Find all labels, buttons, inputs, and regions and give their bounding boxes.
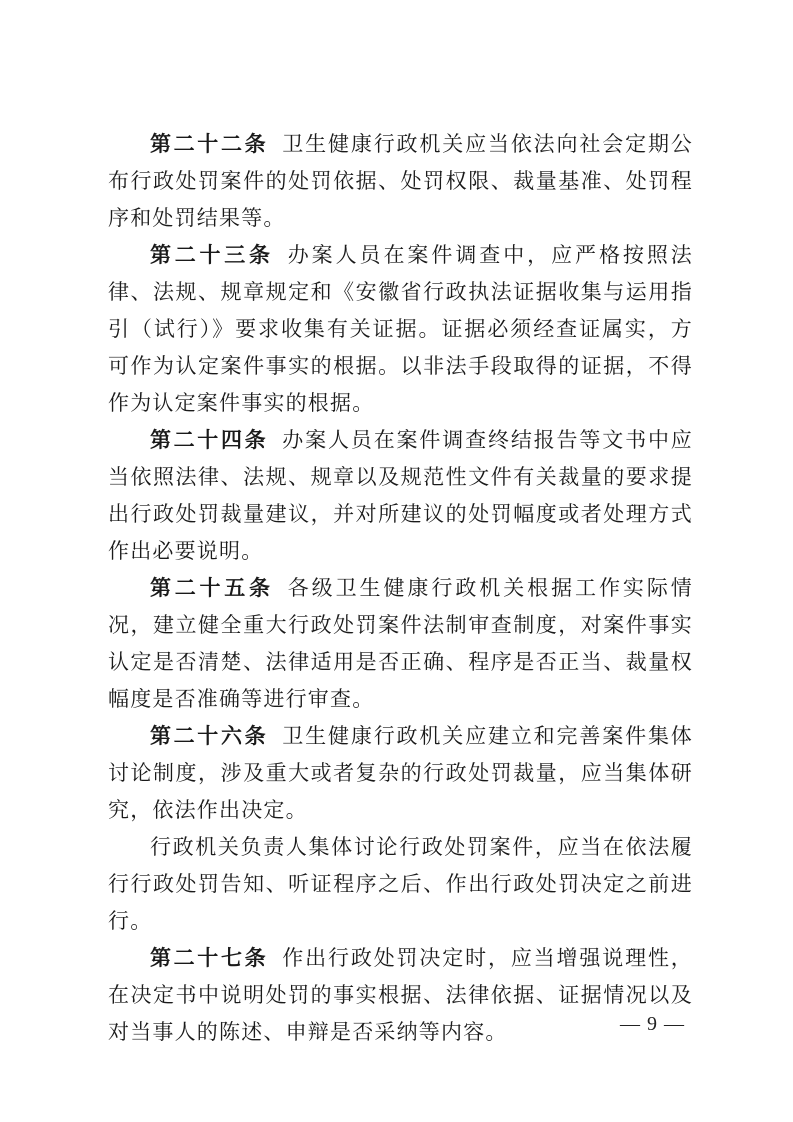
- article-number: 第二十四条: [150, 428, 268, 452]
- article-22: 第二十二条卫生健康行政机关应当依法向社会定期公布行政处罚案件的处罚依据、处罚权限…: [108, 126, 693, 237]
- article-number: 第二十七条: [150, 946, 268, 970]
- article-23: 第二十三条办案人员在案件调查中，应严格按照法律、法规、规章规定和《安徽省行政执法…: [108, 237, 693, 422]
- article-27: 第二十七条作出行政处罚决定时，应当增强说理性，在决定书中说明处罚的事实根据、法律…: [108, 940, 693, 1051]
- document-page: 第二十二条卫生健康行政机关应当依法向社会定期公布行政处罚案件的处罚依据、处罚权限…: [108, 126, 693, 1051]
- article-25: 第二十五条各级卫生健康行政机关根据工作实际情况，建立健全重大行政处罚案件法制审查…: [108, 570, 693, 718]
- page-number: — 9 —: [620, 1013, 685, 1036]
- article-number: 第二十六条: [150, 724, 268, 748]
- article-26-paragraph-2: 行政机关负责人集体讨论行政处罚案件，应当在依法履行行政处罚告知、听证程序之后、作…: [108, 829, 693, 940]
- article-number: 第二十三条: [150, 243, 274, 267]
- paragraph-text: 行政机关负责人集体讨论行政处罚案件，应当在依法履行行政处罚告知、听证程序之后、作…: [108, 835, 693, 933]
- article-number: 第二十二条: [150, 132, 268, 156]
- article-text: 办案人员在案件调查中，应严格按照法律、法规、规章规定和《安徽省行政执法证据收集与…: [108, 243, 693, 415]
- article-24: 第二十四条办案人员在案件调查终结报告等文书中应当依照法律、法规、规章以及规范性文…: [108, 422, 693, 570]
- article-number: 第二十五条: [150, 576, 274, 600]
- article-26: 第二十六条卫生健康行政机关应建立和完善案件集体讨论制度，涉及重大或者复杂的行政处…: [108, 718, 693, 829]
